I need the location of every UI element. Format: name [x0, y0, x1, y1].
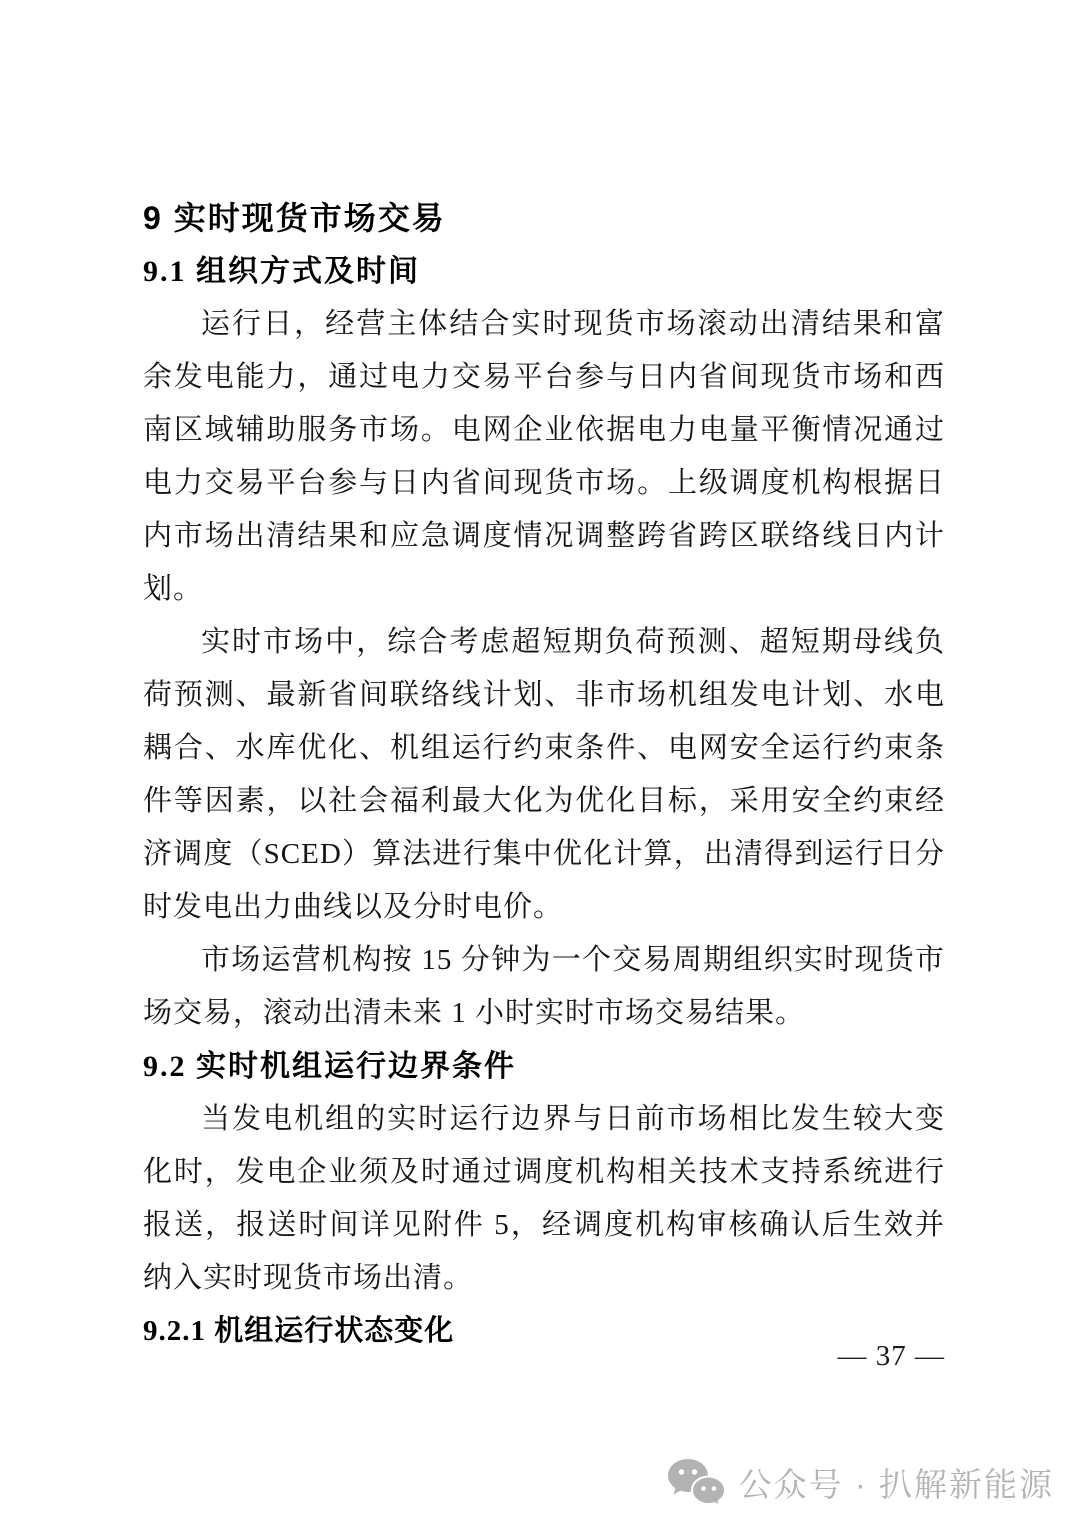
section-9-2-1-heading: 9.2.1 机组运行状态变化 [143, 1305, 945, 1358]
paragraph-organization-2: 实时市场中，综合考虑超短期负荷预测、超短期母线负荷预测、最新省间联络线计划、非市… [143, 616, 945, 934]
document-page: 9 实时现货市场交易 9.1 组织方式及时间 运行日，经营主体结合实时现货市场滚… [0, 0, 1080, 1527]
paragraph-organization-1: 运行日，经营主体结合实时现货市场滚动出清结果和富余发电能力，通过电力交易平台参与… [143, 298, 945, 616]
page-number: — 37 — [838, 1340, 946, 1373]
wechat-icon [667, 1457, 725, 1507]
paragraph-organization-3: 市场运营机构按 15 分钟为一个交易周期组织实时现货市场交易，滚动出清未来 1 … [143, 934, 945, 1040]
section-9-2-heading: 9.2 实时机组运行边界条件 [143, 1040, 945, 1093]
watermark-text: 公众号 · 扒解新能源 [739, 1459, 1054, 1506]
section-9-heading: 9 实时现货市场交易 [143, 192, 945, 245]
document-body: 9 实时现货市场交易 9.1 组织方式及时间 运行日，经营主体结合实时现货市场滚… [143, 192, 945, 1358]
paragraph-boundary-conditions: 当发电机组的实时运行边界与日前市场相比发生较大变化时，发电企业须及时通过调度机构… [143, 1093, 945, 1305]
watermark: 公众号 · 扒解新能源 [667, 1457, 1054, 1507]
section-9-1-heading: 9.1 组织方式及时间 [143, 245, 945, 298]
